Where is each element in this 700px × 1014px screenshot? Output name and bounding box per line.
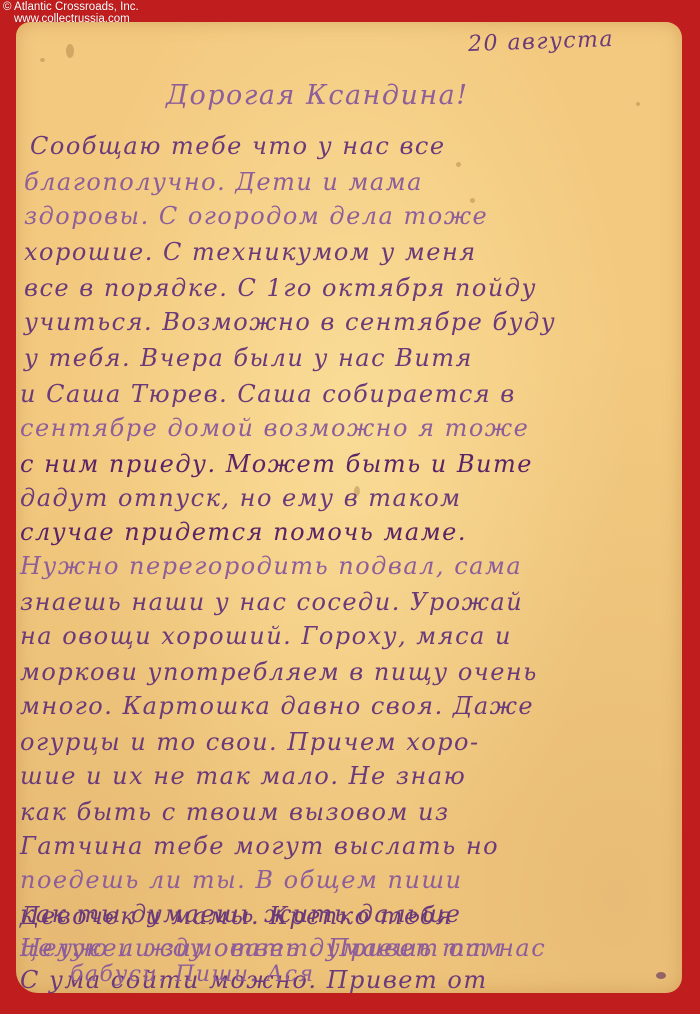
watermark-copyright: © Atlantic Crossroads, Inc. xyxy=(3,1,139,13)
letter-line: и Саша Тюрев. Саша собирается в xyxy=(20,380,516,408)
paper-stain xyxy=(636,102,640,106)
letter-line: шие и их не так мало. Не знаю xyxy=(20,762,466,790)
handwritten-postcard: 20 августа Дорогая Ксандина! Сообщаю теб… xyxy=(16,22,682,993)
letter-line: целую и жду ответ. Привет от нас xyxy=(20,934,546,962)
paper-stain xyxy=(656,972,666,979)
letter-line: с ним приеду. Может быть и Вите xyxy=(20,450,533,478)
letter-line: моркови употребляем в пищу очень xyxy=(20,658,538,686)
letter-signoff: бабуси. Пиши. Ася xyxy=(70,962,315,987)
paper-stain xyxy=(66,44,74,58)
letter-line: на овощи хороший. Гороху, мяса и xyxy=(20,622,512,650)
letter-line: Сообщаю тебе что у нас все xyxy=(30,132,446,160)
paper-stain xyxy=(40,58,45,62)
letter-line: учиться. Возможно в сентябре буду xyxy=(24,308,556,336)
letter-line: знаешь наши у нас соседи. Урожай xyxy=(20,588,523,616)
letter-line: дадут отпуск, но ему в таком xyxy=(20,484,462,512)
letter-date: 20 августа xyxy=(468,27,615,57)
letter-line: Гатчина тебе могут выслать но xyxy=(20,832,499,860)
letter-line: случае придется помочь маме. xyxy=(20,518,467,546)
letter-line: здоровы. С огородом дела тоже xyxy=(24,202,488,230)
letter-line: все в порядке. С 1го октября пойду xyxy=(24,274,537,302)
letter-line: много. Картошка давно своя. Даже xyxy=(20,692,534,720)
paper-stain xyxy=(456,162,461,167)
letter-line: благополучно. Дети и мама xyxy=(24,168,423,196)
letter-line: поедешь ли ты. В общем пиши xyxy=(20,866,463,894)
letter-line: Нужно перегородить подвал, сама xyxy=(20,552,522,580)
letter-line: огурцы и то свои. Причем хоро- xyxy=(20,728,480,756)
letter-salutation: Дорогая Ксандина! xyxy=(166,80,469,111)
letter-line: как быть с твоим вызовом из xyxy=(20,798,450,826)
watermark-url: www.collectrussia.com xyxy=(3,13,139,25)
letter-line: сентябре домой возможно я тоже xyxy=(20,414,529,442)
copyright-watermark: © Atlantic Crossroads, Inc. www.collectr… xyxy=(3,1,139,25)
letter-line: хорошие. С техникумом у меня xyxy=(24,238,477,266)
letter-line: у тебя. Вчера были у нас Витя xyxy=(24,344,473,372)
letter-line: Девочек и мамы. Крепко тебя xyxy=(20,902,453,930)
